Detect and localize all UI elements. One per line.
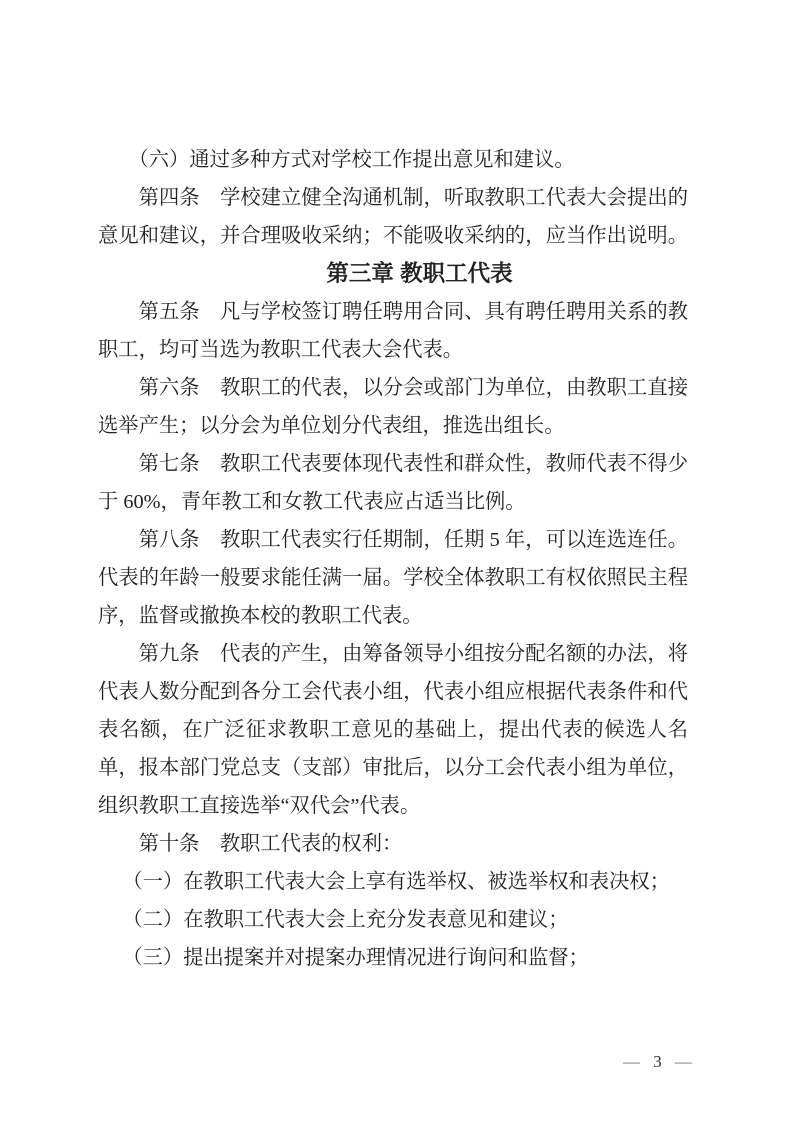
document-line: （三）提出提案并对提案办理情况进行询问和监督； (98, 939, 688, 977)
page-number-right-dash: — (675, 1052, 693, 1071)
document-line: 职工，均可当选为教职工代表大会代表。 (98, 331, 688, 369)
page-number: — 3 — (623, 1050, 693, 1074)
document-line: 第四条 学校建立健全沟通机制，听取教职工代表大会提出的 (98, 179, 688, 217)
text-block: （六）通过多种方式对学校工作提出意见和建议。第四条 学校建立健全沟通机制，听取教… (98, 141, 688, 977)
document-line: 于 60%，青年教工和女教工代表应占适当比例。 (98, 483, 688, 521)
document-line: 代表的年龄一般要求能任满一届。学校全体教职工有权依照民主程 (98, 559, 688, 597)
page-number-left-dash: — (623, 1052, 641, 1071)
document-line: 第九条 代表的产生，由筹备领导小组按分配名额的办法，将 (98, 635, 688, 673)
document-line: 序，监督或撤换本校的教职工代表。 (98, 597, 688, 635)
document-line: （六）通过多种方式对学校工作提出意见和建议。 (98, 141, 688, 179)
document-line: （一）在教职工代表大会上享有选举权、被选举权和表决权； (98, 863, 688, 901)
document-line: 第七条 教职工代表要体现代表性和群众性，教师代表不得少 (98, 445, 688, 483)
document-line: 意见和建议，并合理吸收采纳；不能吸收采纳的，应当作出说明。 (98, 217, 688, 255)
document-line: 第八条 教职工代表实行任期制，任期 5 年，可以连选连任。 (98, 521, 688, 559)
chapter-heading: 第三章 教职工代表 (98, 255, 688, 293)
document-line: 第十条 教职工代表的权利： (98, 825, 688, 863)
document-line: 第六条 教职工的代表，以分会或部门为单位，由教职工直接 (98, 369, 688, 407)
document-page: （六）通过多种方式对学校工作提出意见和建议。第四条 学校建立健全沟通机制，听取教… (0, 0, 793, 1122)
document-line: 组织教职工直接选举“双代会”代表。 (98, 787, 688, 825)
document-line: （二）在教职工代表大会上充分发表意见和建议； (98, 901, 688, 939)
page-number-value: 3 (651, 1052, 665, 1071)
document-line: 表名额，在广泛征求教职工意见的基础上，提出代表的候选人名 (98, 711, 688, 749)
document-line: 代表人数分配到各分工会代表小组，代表小组应根据代表条件和代 (98, 673, 688, 711)
document-line: 单，报本部门党总支（支部）审批后，以分工会代表小组为单位， (98, 749, 688, 787)
document-line: 选举产生；以分会为单位划分代表组，推选出组长。 (98, 407, 688, 445)
document-line: 第五条 凡与学校签订聘任聘用合同、具有聘任聘用关系的教 (98, 293, 688, 331)
chapter-heading-text: 第三章 教职工代表 (326, 255, 512, 293)
